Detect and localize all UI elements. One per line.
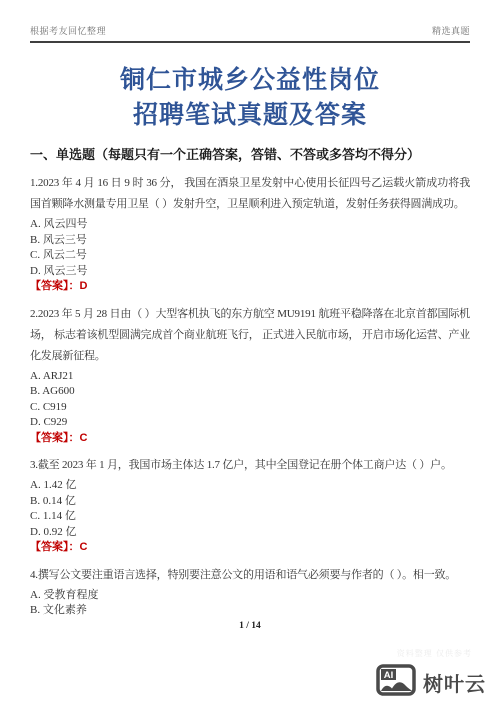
question-2: 2.2023 年 5 月 28 日由（ ）大型客机执飞的东方航空 MU9191 … (30, 304, 470, 447)
option-d: D. 0.92 亿 (30, 525, 470, 541)
question-stem: 4.撰写公文要注重语言选择，特别要注意公文的用语和语气必须要与作者的（ ）。相一… (30, 565, 470, 586)
title-line-2: 招聘笔试真题及答案 (30, 98, 470, 133)
page-number: 1 / 14 (30, 620, 470, 632)
question-stem: 2.2023 年 5 月 28 日由（ ）大型客机执飞的东方航空 MU9191 … (30, 304, 470, 367)
option-c: C. 1.14 亿 (30, 509, 470, 525)
option-d: D. C929 (30, 415, 470, 431)
document-title: 铜仁市城乡公益性岗位 招聘笔试真题及答案 (30, 63, 470, 133)
question-stem: 3.截至 2023 年 1 月，我国市场主体达 1.7 亿户，其中全国登记在册个… (30, 455, 470, 476)
option-b: B. AG600 (30, 384, 470, 400)
question-stem: 1.2023 年 4 月 16 日 9 时 36 分， 我国在酒泉卫星发射中心使… (30, 173, 470, 215)
svg-text:AI: AI (384, 670, 394, 681)
option-a: A. 风云四号 (30, 217, 470, 233)
ai-picture-icon: AI (376, 664, 416, 701)
option-b: B. 风云三号 (30, 233, 470, 249)
logo-name: 树叶云 (423, 668, 486, 697)
header-right-note: 精选真题 (432, 24, 470, 37)
option-a: A. ARJ21 (30, 369, 470, 385)
answer-line: 【答案】：D (30, 279, 470, 295)
watermark-text: 资料整理 仅供参考 (376, 648, 472, 659)
question-1: 1.2023 年 4 月 16 日 9 时 36 分， 我国在酒泉卫星发射中心使… (30, 173, 470, 295)
answer-line: 【答案】：C (30, 540, 470, 556)
question-4: 4.撰写公文要注重语言选择，特别要注意公文的用语和语气必须要与作者的（ ）。相一… (30, 565, 470, 619)
page-header: 根据考友回忆整理 精选真题 (30, 0, 470, 37)
header-left-note: 根据考友回忆整理 (30, 24, 106, 37)
option-c: C. C919 (30, 400, 470, 416)
logo: AI 树叶云 (376, 664, 486, 701)
section-heading: 一、单选题（每题只有一个正确答案，答错、不答或多答均不得分） (30, 145, 470, 164)
option-b: B. 文化素养 (30, 603, 470, 619)
branding-block: 资料整理 仅供参考 AI 树叶云 (376, 648, 486, 701)
option-d: D. 风云三号 (30, 264, 470, 280)
answer-line: 【答案】：C (30, 431, 470, 447)
option-b: B. 0.14 亿 (30, 494, 470, 510)
option-a: A. 受教育程度 (30, 588, 470, 604)
question-3: 3.截至 2023 年 1 月，我国市场主体达 1.7 亿户，其中全国登记在册个… (30, 455, 470, 556)
option-a: A. 1.42 亿 (30, 478, 470, 494)
option-c: C. 风云二号 (30, 248, 470, 264)
header-divider (30, 41, 470, 43)
document-page: 根据考友回忆整理 精选真题 铜仁市城乡公益性岗位 招聘笔试真题及答案 一、单选题… (0, 0, 500, 632)
title-line-1: 铜仁市城乡公益性岗位 (30, 63, 470, 98)
